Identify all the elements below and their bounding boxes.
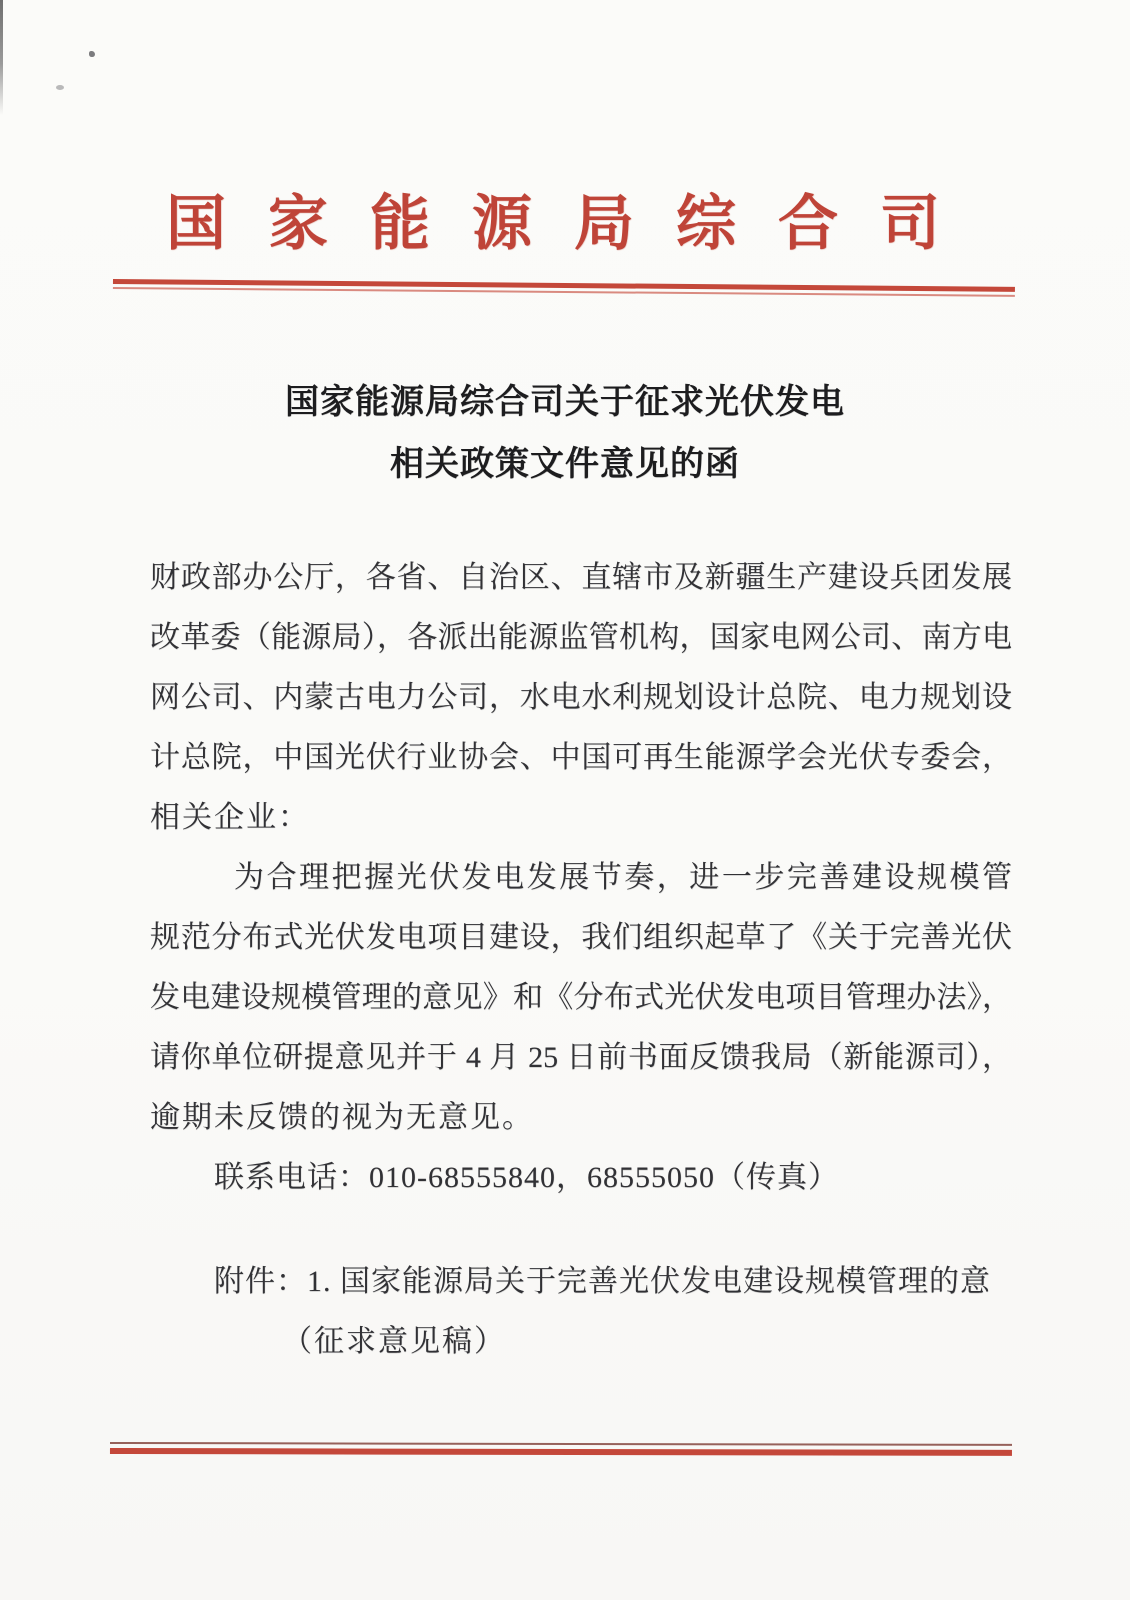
document-title: 国家能源局综合司关于征求光伏发电 相关政策文件意见的函 [0, 372, 1130, 496]
attachment-label: 附件： [214, 1265, 307, 1298]
scan-speck [56, 85, 64, 90]
letter-body: 财政部办公厅，各省、自治区、直辖市及新疆生产建设兵团发展 改革委（能源局），各派… [150, 548, 1012, 1208]
body-line: 财政部办公厅，各省、自治区、直辖市及新疆生产建设兵团发展 [150, 548, 1012, 608]
letterhead-agency-title: 国家能源局综合司 [166, 190, 982, 259]
document-title-line2: 相关政策文件意见的函 [0, 434, 1130, 496]
rule-thick-line [110, 1448, 1012, 1456]
body-line: 网公司、内蒙古电力公司，水电水利规划设计总院、电力规划设 [150, 668, 1012, 728]
footer-divider-rule [110, 1442, 1012, 1456]
document-title-line1: 国家能源局综合司关于征求光伏发电 [0, 372, 1130, 434]
body-line: 逾期未反馈的视为无意见。 [150, 1088, 1012, 1148]
body-line: 请你单位研提意见并于 4 月 25 日前书面反馈我局（新能源司）， [150, 1028, 1012, 1088]
letterhead-divider-rule [113, 279, 1015, 297]
attachment-item-note: （征求意见稿） [150, 1312, 1012, 1372]
body-line: 改革委（能源局），各派出能源监管机构，国家电网公司、南方电 [150, 608, 1012, 668]
body-line: 相关企业： [150, 788, 1012, 848]
attachments-section: 附件：1. 国家能源局关于完善光伏发电建设规模管理的意见 （征求意见稿） [150, 1252, 1012, 1372]
body-line: 规范分布式光伏发电项目建设，我们组织起草了《关于完善光伏 [150, 908, 1012, 968]
body-line: 为合理把握光伏发电发展节奏，进一步完善建设规模管理， [150, 848, 1012, 908]
contact-phone-line: 联系电话：010-68555840，68555050（传真） [150, 1148, 1012, 1208]
attachment-item: 附件：1. 国家能源局关于完善光伏发电建设规模管理的意见 [150, 1252, 1012, 1312]
body-line: 计总院，中国光伏行业协会、中国可再生能源学会光伏专委会， [150, 728, 1012, 788]
scanned-document-page: 国家能源局综合司 国家能源局综合司关于征求光伏发电 相关政策文件意见的函 财政部… [0, 0, 1130, 1600]
attachment-item-title: 1. 国家能源局关于完善光伏发电建设规模管理的意见 [214, 1265, 991, 1312]
body-line: 发电建设规模管理的意见》和《分布式光伏发电项目管理办法》， [150, 968, 1012, 1028]
scan-speck [89, 51, 95, 57]
scan-edge-artifact [0, 0, 3, 115]
